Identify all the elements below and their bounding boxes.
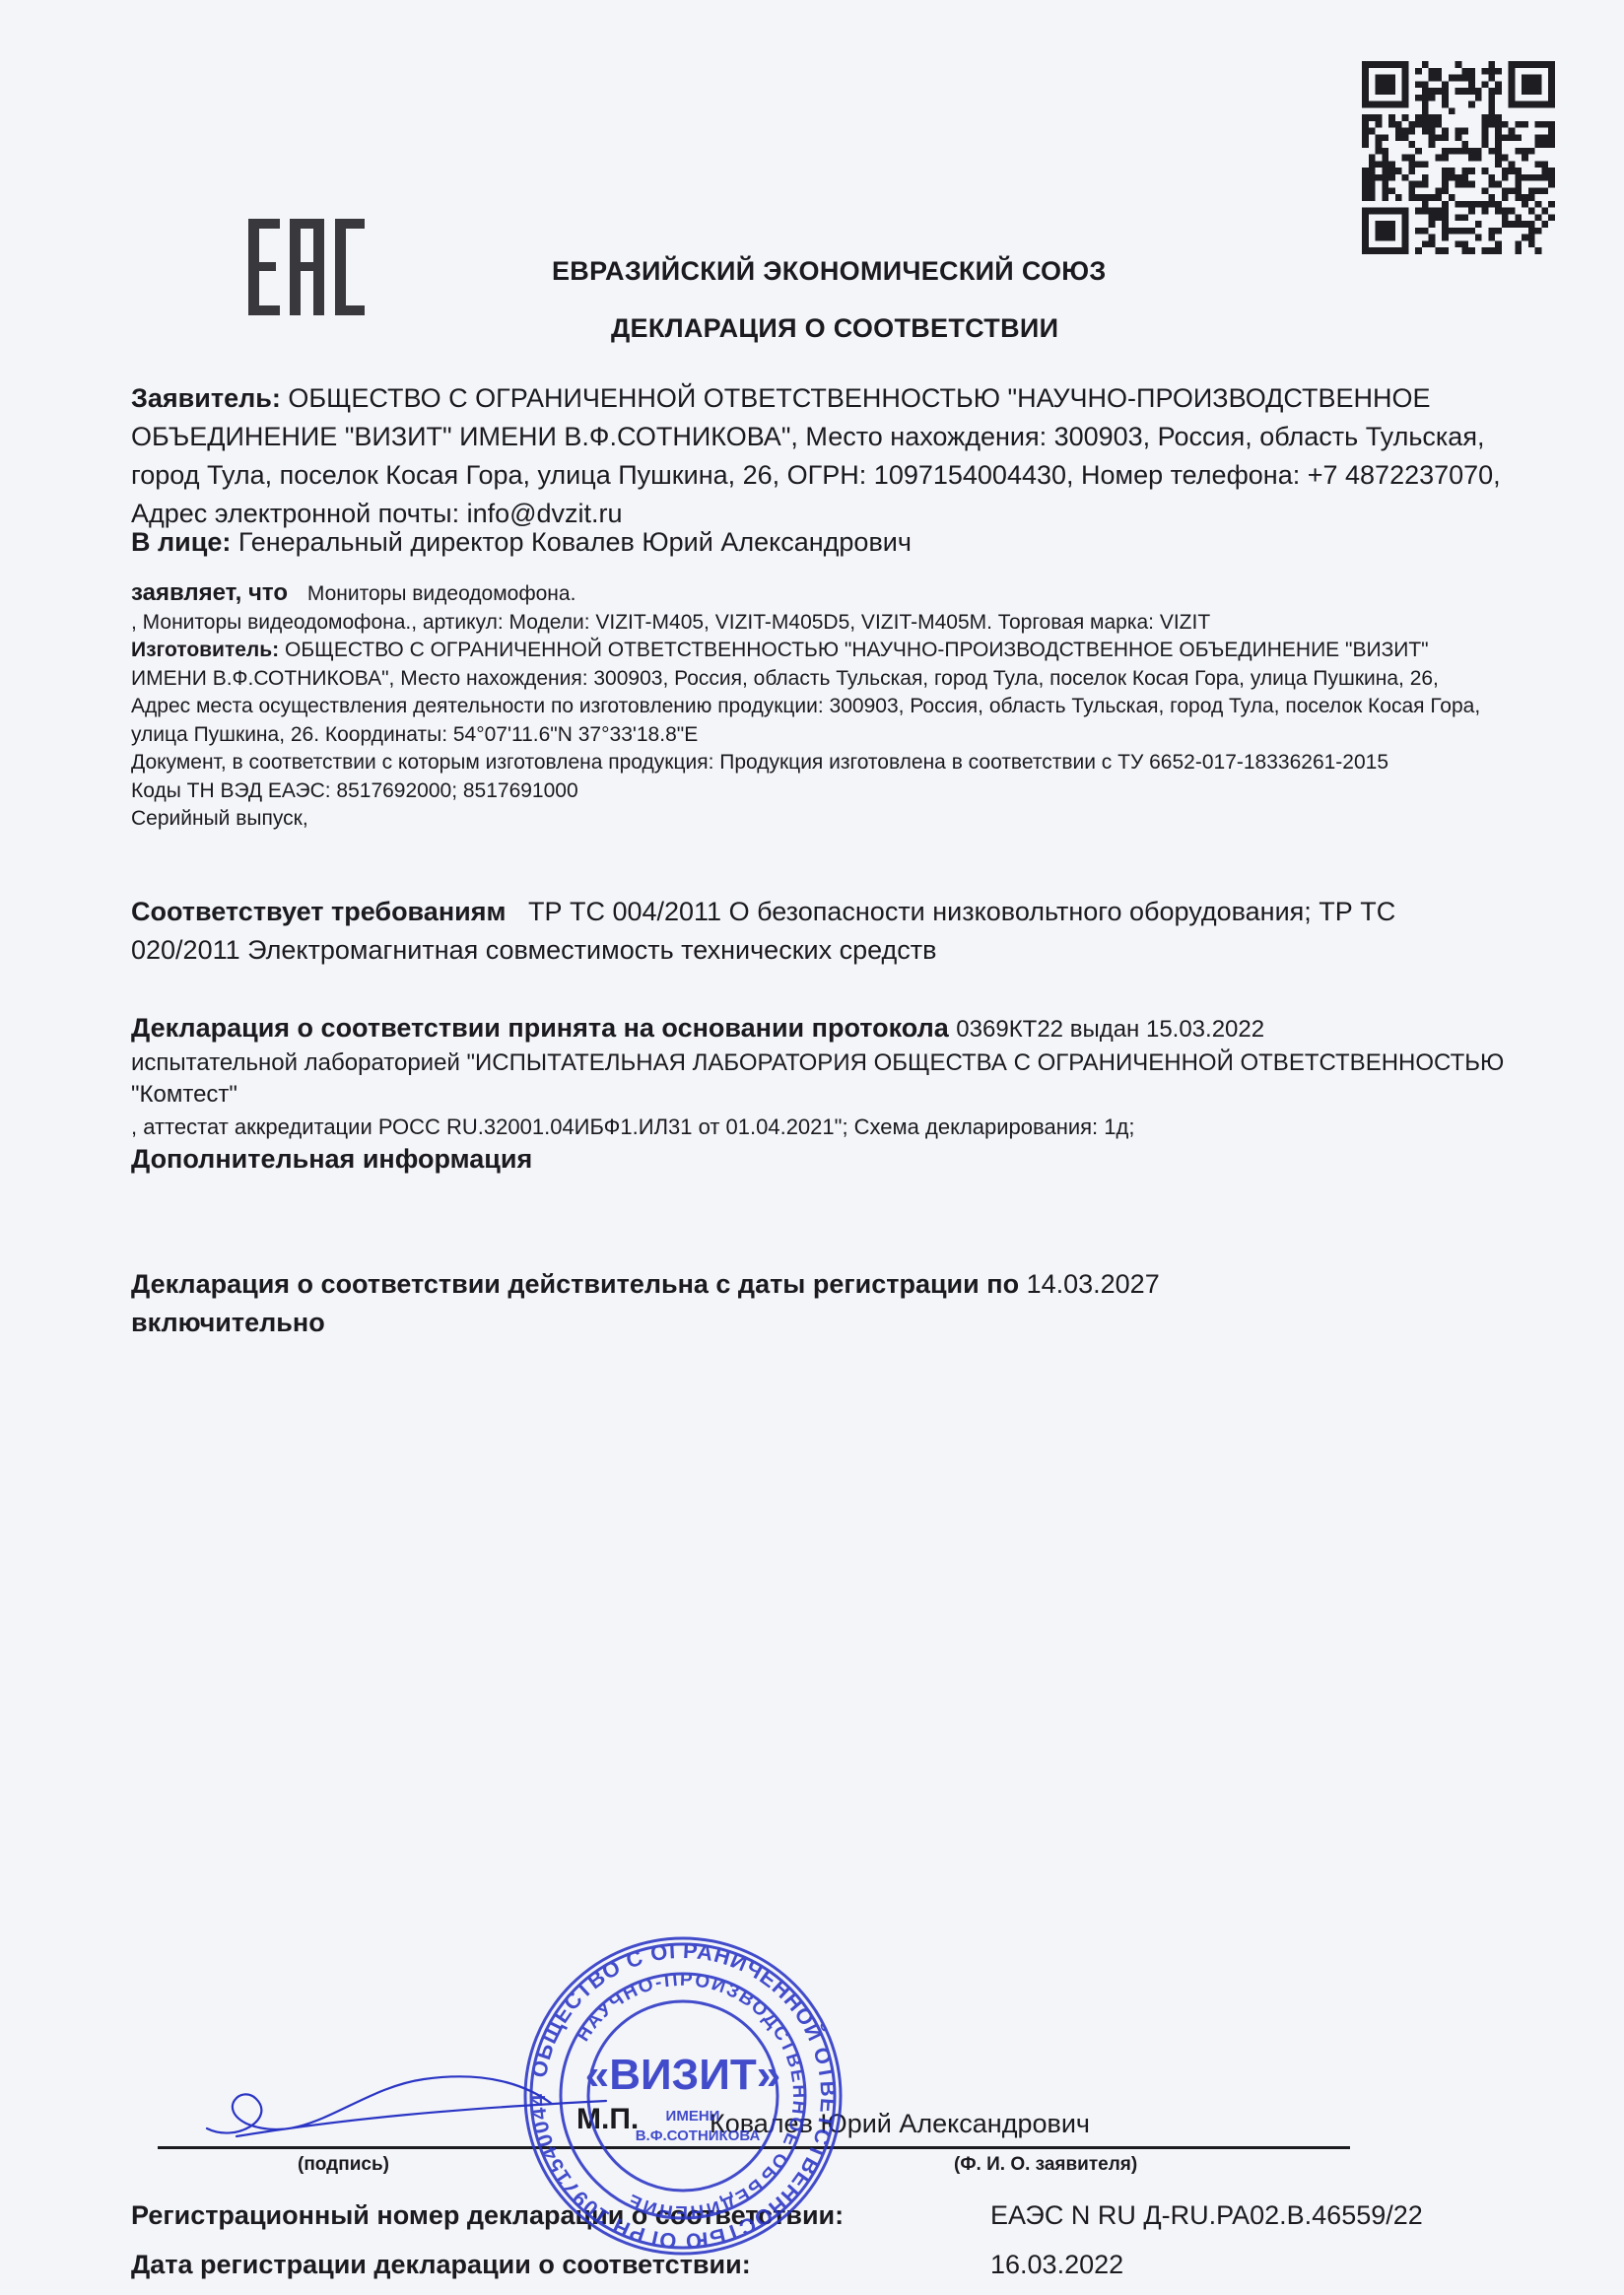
company-stamp-icon: ОБЩЕСТВО С ОГРАНИЧЕННОЙ ОТВЕТСТВЕННОСТЬЮ…	[520, 1933, 846, 2259]
validity-inclusive: включительно	[131, 1308, 325, 1337]
basis-label: Декларация о соответствии принята на осн…	[131, 1013, 949, 1043]
testing-lab: испытательной лабораторией "ИСПЫТАТЕЛЬНА…	[131, 1047, 1511, 1111]
applicant-text: ОБЩЕСТВО С ОГРАНИЧЕННОЙ ОТВЕТСТВЕННОСТЬЮ…	[131, 383, 1501, 528]
conformity-block: Соответствует требованиям ТР ТС 004/2011…	[131, 893, 1511, 970]
representative-block: В лице: Генеральный директор Ковалев Юри…	[131, 523, 1501, 562]
registration-number: ЕАЭС N RU Д-RU.PA02.B.46559/22	[990, 2200, 1423, 2231]
applicant-block: Заявитель: ОБЩЕСТВО С ОГРАНИЧЕННОЙ ОТВЕТ…	[131, 379, 1501, 533]
union-title: ЕВРАЗИЙСКИЙ ЭКОНОМИЧЕСКИЙ СОЮЗ	[552, 256, 1107, 287]
validity-label: Декларация о соответствии действительна …	[131, 1269, 1019, 1299]
basis-block: Декларация о соответствии принята на осн…	[131, 1010, 1511, 1144]
declares-label: заявляет, что	[131, 579, 288, 606]
conformity-label: Соответствует требованиям	[131, 897, 506, 926]
document-title: ДЕКЛАРАЦИЯ О СООТВЕТСТВИИ	[611, 313, 1058, 344]
tn-ved-codes: Коды ТН ВЭД ЕАЭС: 8517692000; 8517691000	[131, 777, 1501, 806]
additional-info-label: Дополнительная информация	[131, 1144, 532, 1175]
eac-logo-icon	[248, 219, 365, 315]
manufacturer-text: ОБЩЕСТВО С ОГРАНИЧЕННОЙ ОТВЕТСТВЕННОСТЬЮ…	[131, 639, 1480, 746]
manufacturer-label: Изготовитель:	[131, 639, 279, 661]
svg-text:ИМЕНИ: ИМЕНИ	[666, 2108, 720, 2125]
representative-label: В лице:	[131, 527, 231, 557]
validity-date: 14.03.2027	[1027, 1269, 1160, 1299]
production-document: Документ, в соответствии с которым изгот…	[131, 749, 1501, 777]
applicant-label: Заявитель:	[131, 383, 281, 413]
serial-production: Серийный выпуск,	[131, 805, 1501, 834]
svg-text:«ВИЗИТ»: «ВИЗИТ»	[585, 2051, 780, 2099]
representative-text: Генеральный директор Ковалев Юрий Алекса…	[238, 527, 912, 557]
qr-code-icon	[1360, 61, 1557, 254]
signature-caption: (подпись)	[298, 2154, 389, 2176]
protocol-info: 0369КТ22 выдан 15.03.2022	[956, 1016, 1264, 1043]
product-details: , Мониторы видеодомофона., артикул: Моде…	[131, 609, 1501, 638]
validity-block: Декларация о соответствии действительна …	[131, 1265, 1511, 1342]
product-name: Мониторы видеодомофона.	[307, 582, 576, 605]
accreditation: , аттестат аккредитации РОСС RU.32001.04…	[131, 1111, 1511, 1144]
registration-date: 16.03.2022	[990, 2250, 1123, 2280]
svg-text:В.Ф.СОТНИКОВА: В.Ф.СОТНИКОВА	[636, 2127, 761, 2144]
name-caption: (Ф. И. О. заявителя)	[954, 2154, 1137, 2176]
declaration-block: заявляет, что Мониторы видеодомофона. , …	[131, 579, 1501, 834]
